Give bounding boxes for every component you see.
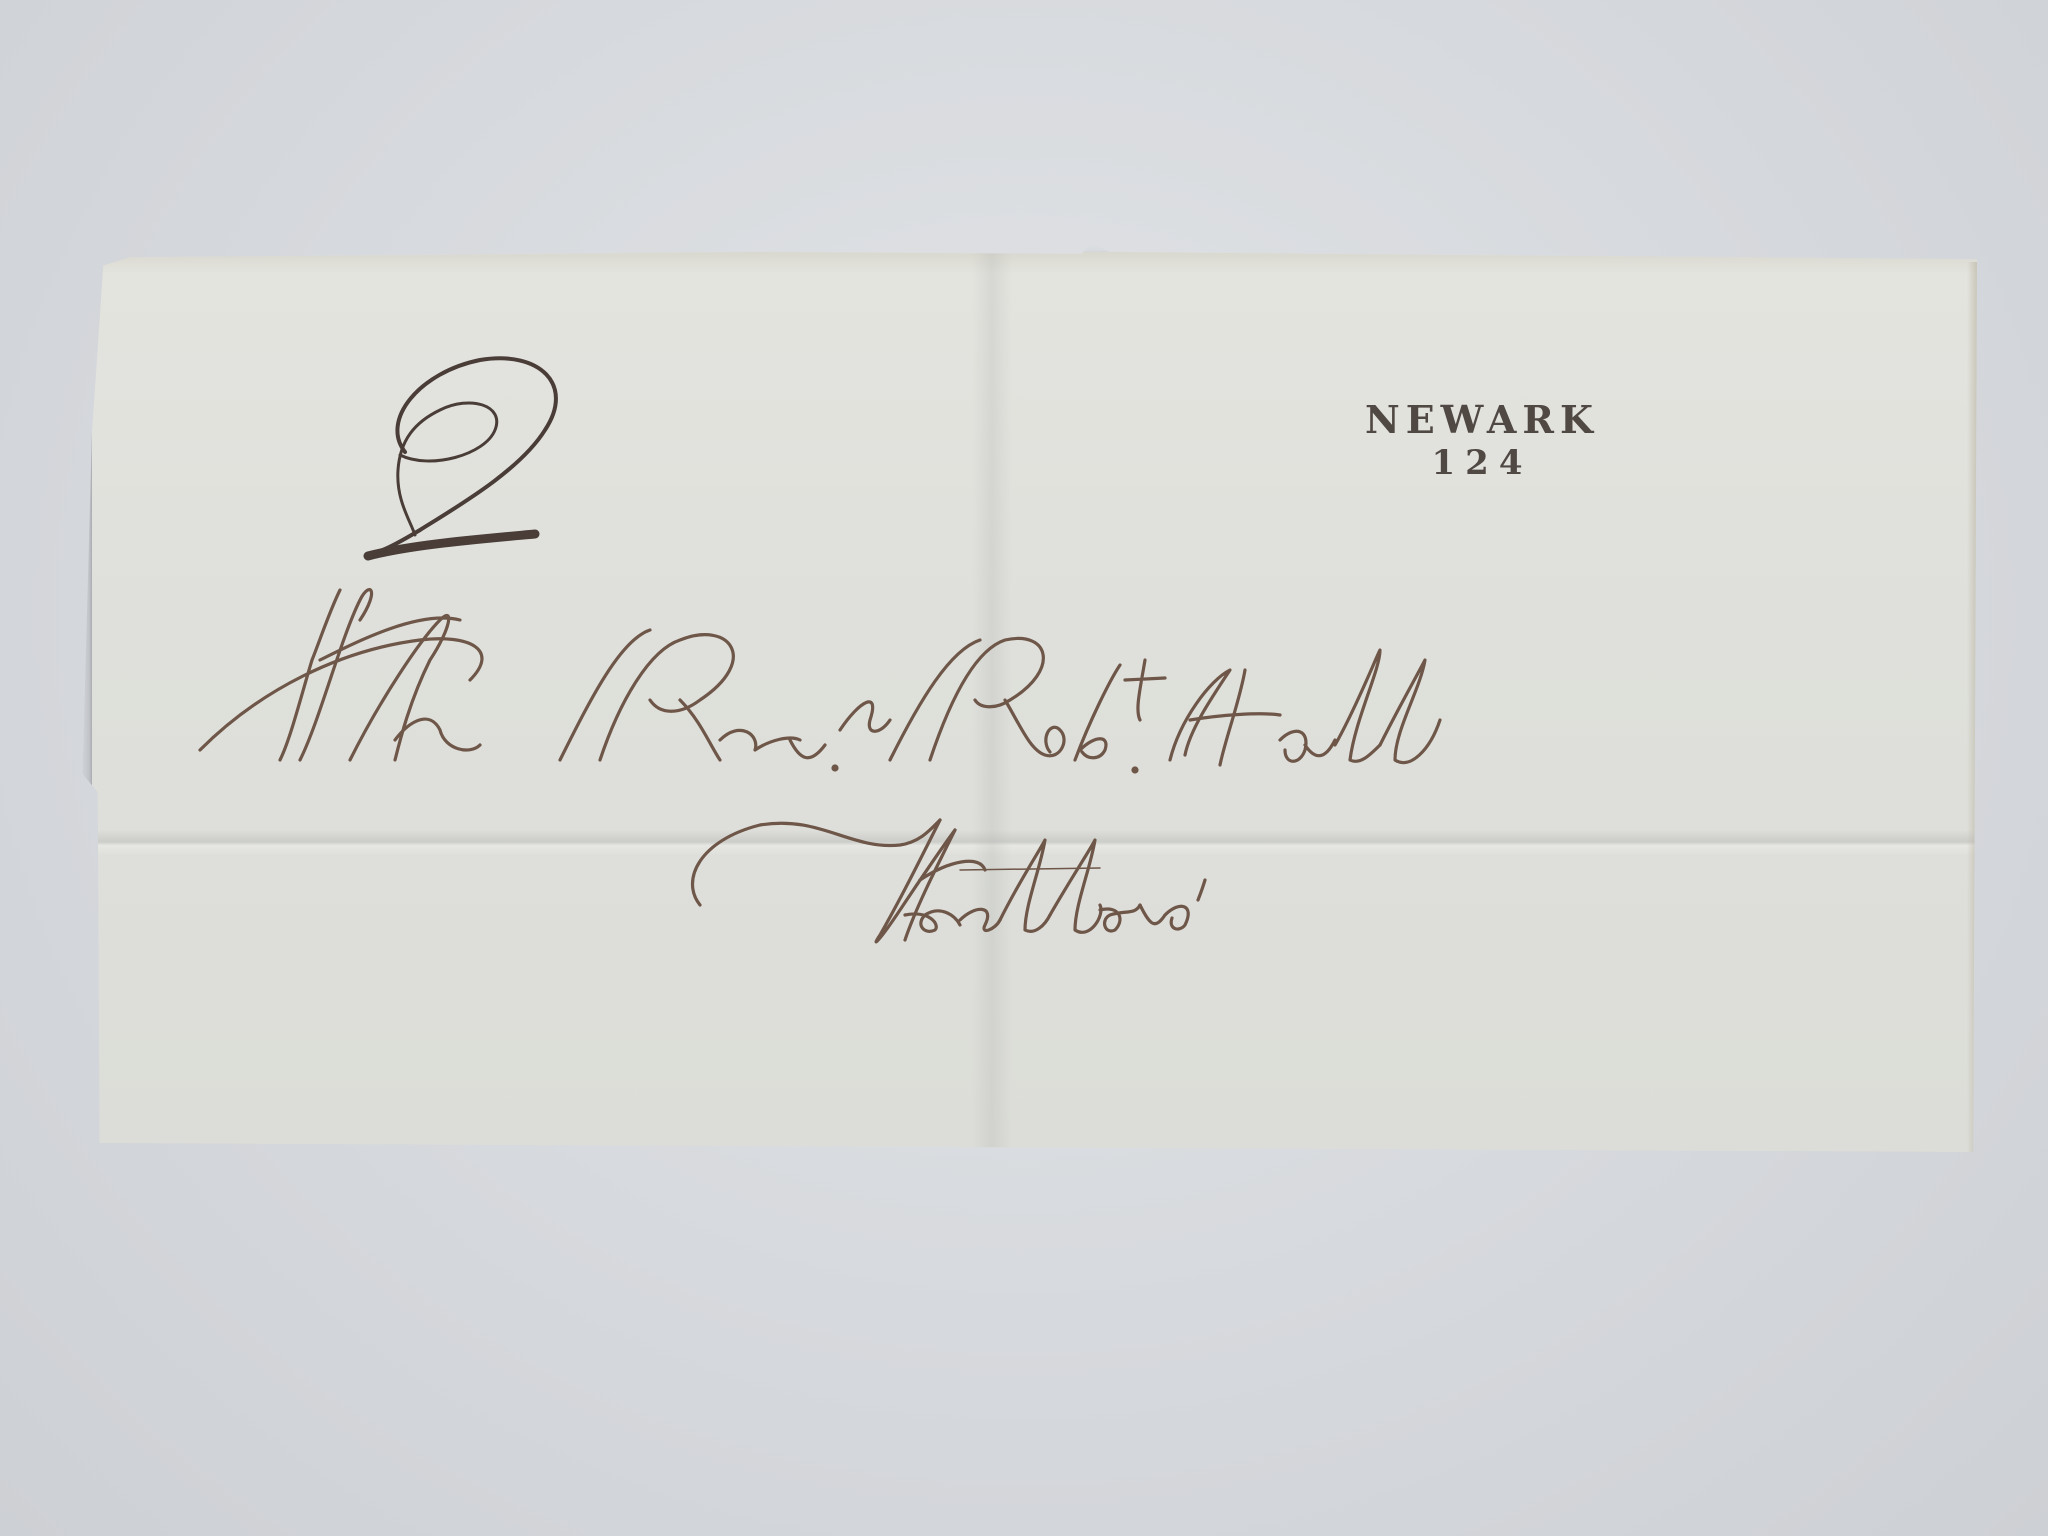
postmark-town: NEWARK — [1312, 398, 1652, 442]
paper-edge — [1967, 262, 1977, 1152]
postmark-mileage: 124 — [1312, 442, 1652, 484]
newark-postmark: NEWARK 124 — [1312, 398, 1652, 484]
vertical-fold-crease — [972, 252, 1012, 1152]
folded-letter-cover — [92, 252, 1977, 1152]
